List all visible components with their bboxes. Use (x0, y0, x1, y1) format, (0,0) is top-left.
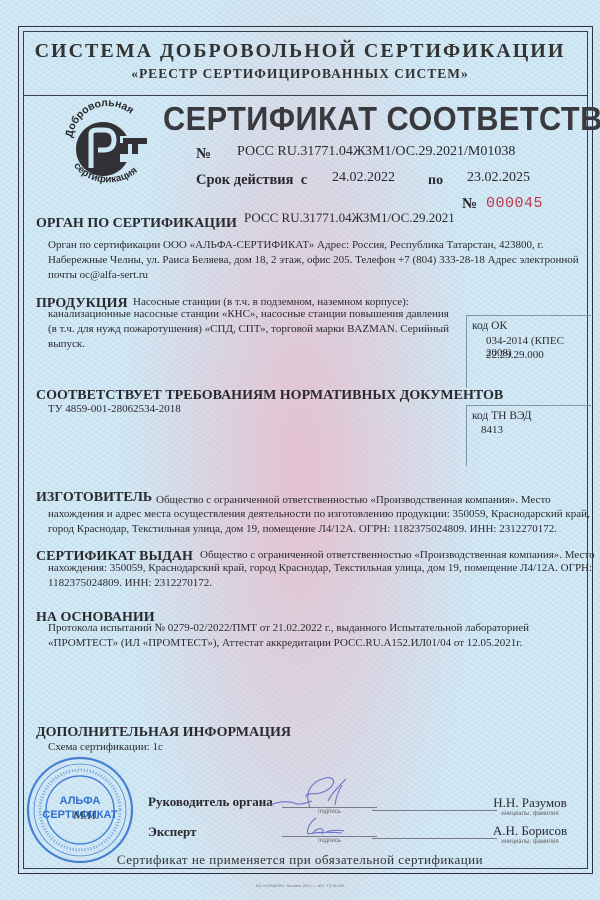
normative-documents: ТУ 4859-001-28062534-2018 (48, 403, 181, 415)
expert-signature-icon (296, 812, 356, 840)
ok-code-box: код ОК 034-2014 (КПЕС 2008) 22.29.29.000 (466, 315, 591, 388)
serial-number-label: № (462, 196, 477, 213)
additional-info-heading: ДОПОЛНИТЕЛЬНАЯ ИНФОРМАЦИЯ (36, 725, 291, 741)
system-title: СИСТЕМА ДОБРОВОЛЬНОЙ СЕРТИФИКАЦИИ (0, 40, 600, 63)
valid-to-date: 23.02.2025 (467, 170, 530, 186)
manufacturer-heading: ИЗГОТОВИТЕЛЬ (36, 490, 152, 506)
printer-info: АО «ОПЦИОН», Москва, 2021 г., «Б», ТЗ № … (0, 883, 600, 888)
serial-number: 000045 (486, 195, 543, 212)
basis-text: Протокола испытаний № 0279-02/2022/ПМТ о… (48, 621, 593, 651)
certificate-number-label: № (196, 146, 211, 163)
head-of-body-name: Н.Н. Разумов (460, 795, 600, 811)
ok-code-value: 22.29.29.000 (486, 349, 544, 361)
registry-title: «РЕЕСТР СЕРТИФИЦИРОВАННЫХ СИСТЕМ» (0, 66, 600, 82)
valid-from-date: 24.02.2022 (332, 170, 395, 186)
expert-name: А.Н. Борисов (460, 823, 600, 839)
manufacturer-text: нахождения и адрес места осуществления д… (48, 507, 593, 537)
product-text: канализационные насосные станции «КНС», … (48, 307, 458, 352)
mandatory-certification-notice: Сертификат не применяется при обязательн… (0, 852, 600, 868)
certificate-number: РОСС RU.31771.04ЖЗМ1/ОС.29.2021/М01038 (237, 144, 515, 160)
certification-body-code: РОСС RU.31771.04ЖЗМ1/ОС.29.2021 (244, 210, 455, 226)
tn-ved-label: код ТН ВЭД (472, 410, 532, 422)
head-signature-icon (250, 775, 360, 813)
certification-body-text: Орган по сертификации ООО «АЛЬФА-СЕРТИФИ… (48, 238, 588, 283)
seal-stamp-icon: АЛЬФА СЕРТИФИКАТ М.П. (26, 748, 134, 868)
conformity-heading: СООТВЕТСТВУЕТ ТРЕБОВАНИЯМ НОРМАТИВНЫХ ДО… (36, 388, 503, 404)
tn-ved-value: 8413 (481, 424, 503, 436)
rst-logo-icon: Добровольная сертификация (58, 100, 158, 190)
valid-to-label: по (428, 173, 443, 189)
expert-label: Эксперт (148, 824, 196, 840)
certificate-title: СЕРТИФИКАТ СООТВЕТСТВИЯ (163, 100, 600, 138)
header-divider (23, 95, 588, 96)
ok-code-label: код ОК (472, 320, 507, 332)
expert-name-caption: инициалы, фамилия (460, 839, 600, 845)
issued-to-first-line: Общество с ограниченной ответственностью… (200, 549, 595, 561)
tn-ved-code-box: код ТН ВЭД 8413 (466, 405, 591, 466)
validity-label: Срок действия с (196, 172, 307, 189)
issued-to-text: нахождения: 350059, Краснодарский край, … (48, 561, 593, 591)
certification-body-heading: ОРГАН ПО СЕРТИФИКАЦИИ (36, 216, 237, 232)
stamp-line1: АЛЬФА (60, 795, 101, 807)
head-name-caption: инициалы, фамилия (460, 811, 600, 817)
manufacturer-first-line: Общество с ограниченной ответственностью… (156, 494, 551, 506)
stamp-mp-label: М.П. (73, 808, 98, 822)
